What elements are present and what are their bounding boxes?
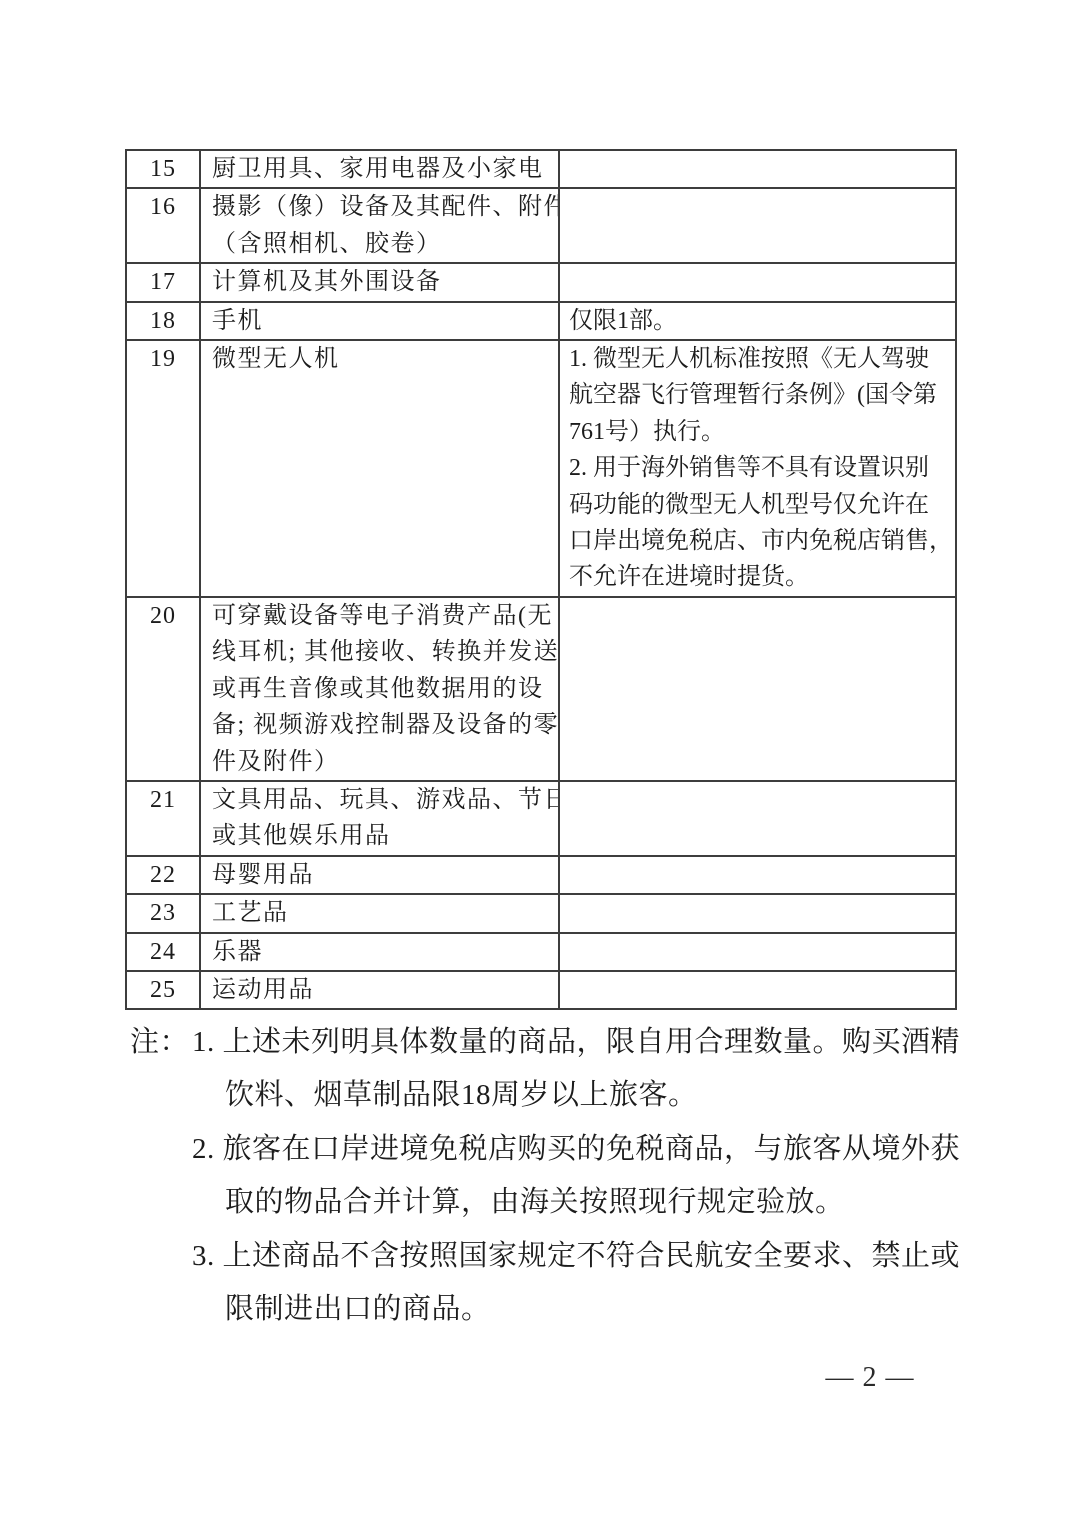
notes-section: 1. 上述未列明具体数量的商品，限自用合理数量。购买酒精 饮料、烟草制品限18周…	[192, 1016, 954, 1336]
item-note	[559, 971, 956, 1009]
notes-label: 注：	[130, 1016, 189, 1069]
item-note	[559, 781, 956, 856]
table-row: 16 摄影（像）设备及其配件、附件 （含照相机、胶卷）	[126, 188, 956, 263]
item-name: 工艺品	[200, 894, 559, 932]
item-name: 摄影（像）设备及其配件、附件 （含照相机、胶卷）	[200, 188, 559, 263]
row-number: 22	[126, 856, 200, 894]
row-number: 16	[126, 188, 200, 263]
item-name: 计算机及其外围设备	[200, 263, 559, 301]
item-name: 厨卫用具、家用电器及小家电	[200, 150, 559, 188]
item-note: 1. 微型无人机标准按照《无人驾驶 航空器飞行管理暂行条例》(国令第 761号）…	[559, 340, 956, 597]
item-note	[559, 856, 956, 894]
item-name: 可穿戴设备等电子消费产品(无 线耳机; 其他接收、转换并发送 或再生音像或其他数…	[200, 597, 559, 781]
item-name: 手机	[200, 302, 559, 340]
note-item: 1. 上述未列明具体数量的商品，限自用合理数量。购买酒精 饮料、烟草制品限18周…	[192, 1016, 954, 1123]
item-note	[559, 188, 956, 263]
row-number: 25	[126, 971, 200, 1009]
page-number: — 2 —	[805, 1362, 935, 1394]
goods-table: 15 厨卫用具、家用电器及小家电 16 摄影（像）设备及其配件、附件 （含照相机…	[125, 149, 957, 1010]
row-number: 15	[126, 150, 200, 188]
item-name: 乐器	[200, 933, 559, 971]
item-note	[559, 597, 956, 781]
item-note	[559, 263, 956, 301]
table-row: 24 乐器	[126, 933, 956, 971]
table-row: 18 手机 仅限1部。	[126, 302, 956, 340]
table-row: 25 运动用品	[126, 971, 956, 1009]
row-number: 21	[126, 781, 200, 856]
item-note: 仅限1部。	[559, 302, 956, 340]
row-number: 23	[126, 894, 200, 932]
item-note	[559, 150, 956, 188]
item-note	[559, 894, 956, 932]
row-number: 18	[126, 302, 200, 340]
table-row: 21 文具用品、玩具、游戏品、节日 或其他娱乐用品	[126, 781, 956, 856]
table-row: 20 可穿戴设备等电子消费产品(无 线耳机; 其他接收、转换并发送 或再生音像或…	[126, 597, 956, 781]
row-number: 24	[126, 933, 200, 971]
note-item: 3. 上述商品不含按照国家规定不符合民航安全要求、禁止或 限制进出口的商品。	[192, 1230, 954, 1337]
table-row: 19 微型无人机 1. 微型无人机标准按照《无人驾驶 航空器飞行管理暂行条例》(…	[126, 340, 956, 597]
item-name: 母婴用品	[200, 856, 559, 894]
table-row: 17 计算机及其外围设备	[126, 263, 956, 301]
item-name: 运动用品	[200, 971, 559, 1009]
row-number: 19	[126, 340, 200, 597]
table-row: 15 厨卫用具、家用电器及小家电	[126, 150, 956, 188]
row-number: 20	[126, 597, 200, 781]
table-row: 22 母婴用品	[126, 856, 956, 894]
item-name: 文具用品、玩具、游戏品、节日 或其他娱乐用品	[200, 781, 559, 856]
table-row: 23 工艺品	[126, 894, 956, 932]
note-item: 2. 旅客在口岸进境免税店购买的免税商品，与旅客从境外获 取的物品合并计算，由海…	[192, 1123, 954, 1230]
item-name: 微型无人机	[200, 340, 559, 597]
row-number: 17	[126, 263, 200, 301]
item-note	[559, 933, 956, 971]
